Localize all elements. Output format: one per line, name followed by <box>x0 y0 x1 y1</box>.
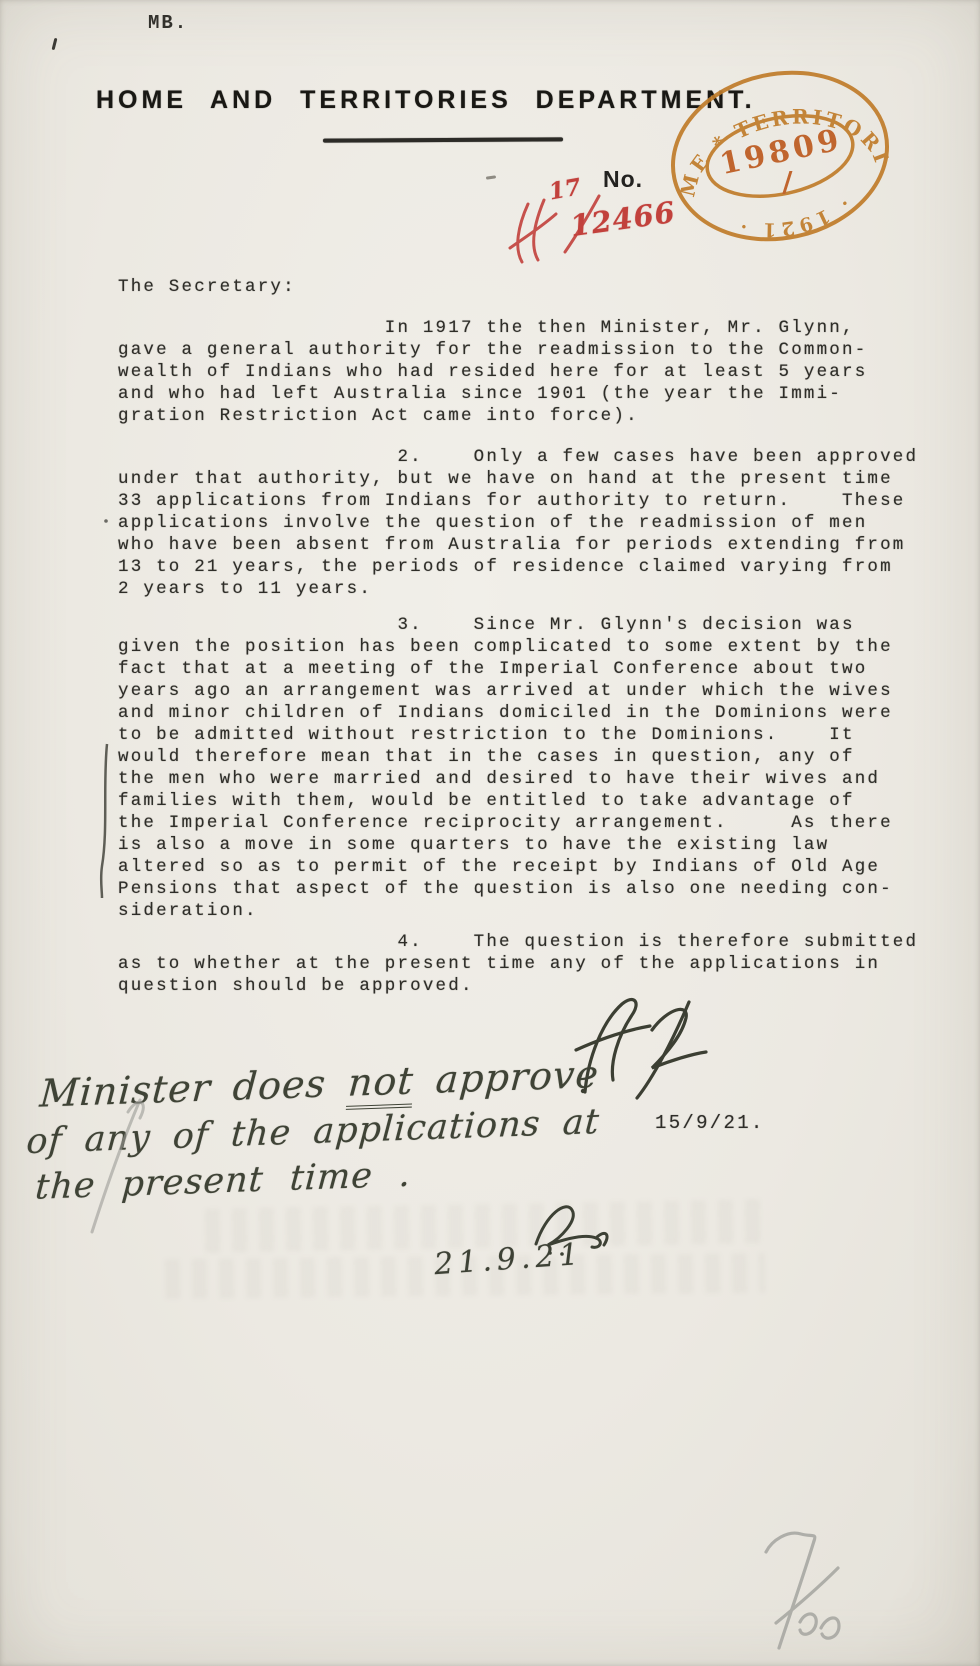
typed-line: sideration. <box>118 900 893 922</box>
typed-line: 33 applications from Indians for authori… <box>118 490 918 512</box>
stamp-year-text: · 1921 · <box>730 190 857 250</box>
paragraph-4: 4. The question is therefore submittedas… <box>118 931 918 997</box>
typed-line: Pensions that aspect of the question is … <box>118 878 893 900</box>
typed-line: would therefore mean that in the cases i… <box>118 746 893 768</box>
pencil-seven-mark <box>766 1533 839 1648</box>
typed-line: and who had left Australia since 1901 (t… <box>118 383 867 405</box>
paragraph-1: In 1917 the then Minister, Mr. Glynn,gav… <box>118 317 867 427</box>
stray-pen-dash <box>486 175 496 179</box>
typed-line: altered so as to permit of the receipt b… <box>118 856 893 878</box>
typed-line: years ago an arrangement was arrived at … <box>118 680 893 702</box>
typed-line: gration Restriction Act came into force)… <box>118 405 867 427</box>
typed-line: under that authority, but we have on han… <box>118 468 918 490</box>
typed-line: 2. Only a few cases have been approved <box>118 446 918 468</box>
typed-line: 3. Since Mr. Glynn's decision was <box>118 614 893 636</box>
paragraph-3: 3. Since Mr. Glynn's decision wasgiven t… <box>118 614 893 922</box>
typed-line: 4. The question is therefore submitted <box>118 931 918 953</box>
typed-line: given the position has been complicated … <box>118 636 893 658</box>
note-underlined-word: not <box>346 1058 415 1109</box>
margin-pen-line <box>101 744 107 898</box>
note-text: Minister does <box>38 1061 349 1116</box>
typed-line: and minor children of Indians domiciled … <box>118 702 893 724</box>
title-underline <box>323 137 563 142</box>
typed-line: as to whether at the present time any of… <box>118 953 918 975</box>
note-text: approve <box>412 1052 600 1103</box>
salutation: The Secretary: <box>118 276 296 298</box>
typed-line: 13 to 21 years, the periods of residence… <box>118 556 918 578</box>
typed-line: applications involve the question of the… <box>118 512 918 534</box>
typed-date: 15/9/21. <box>655 1112 765 1134</box>
typed-line: gave a general authority for the readmis… <box>118 339 867 361</box>
typed-line: the men who were married and desired to … <box>118 768 893 790</box>
typed-line: to be admitted without restriction to th… <box>118 724 893 746</box>
red-file-number-prefix: 17 <box>547 173 583 205</box>
typed-line: who have been absent from Australia for … <box>118 534 918 556</box>
minister-note: Minister does not approve of any of the … <box>14 1042 646 1234</box>
paragraph-2: 2. Only a few cases have been approvedun… <box>118 446 918 600</box>
document-page: MB. HOME AND TERRITORIES DEPARTMENT. No.… <box>0 0 980 1666</box>
typed-line: fact that at a meeting of the Imperial C… <box>118 658 893 680</box>
typed-line: question should be approved. <box>118 975 918 997</box>
typed-line: In 1917 the then Minister, Mr. Glynn, <box>118 317 867 339</box>
corner-initials: MB. <box>148 12 188 34</box>
typed-line: families with them, would be entitled to… <box>118 790 893 812</box>
file-number-label: No. <box>603 166 643 193</box>
typed-line: 2 years to 11 years. <box>118 578 918 600</box>
registry-stamp: HOME * TERRITORIES · 1921 · 19809 / <box>656 56 904 260</box>
stray-dot <box>104 519 108 523</box>
edge-mark <box>52 38 58 50</box>
typed-line: wealth of Indians who had resided here f… <box>118 361 867 383</box>
typed-line: the Imperial Conference reciprocity arra… <box>118 812 893 834</box>
typed-line: is also a move in some quarters to have … <box>118 834 893 856</box>
stamp-slash: / <box>782 165 793 198</box>
minister-note-line3: the present time . <box>34 1155 413 1208</box>
